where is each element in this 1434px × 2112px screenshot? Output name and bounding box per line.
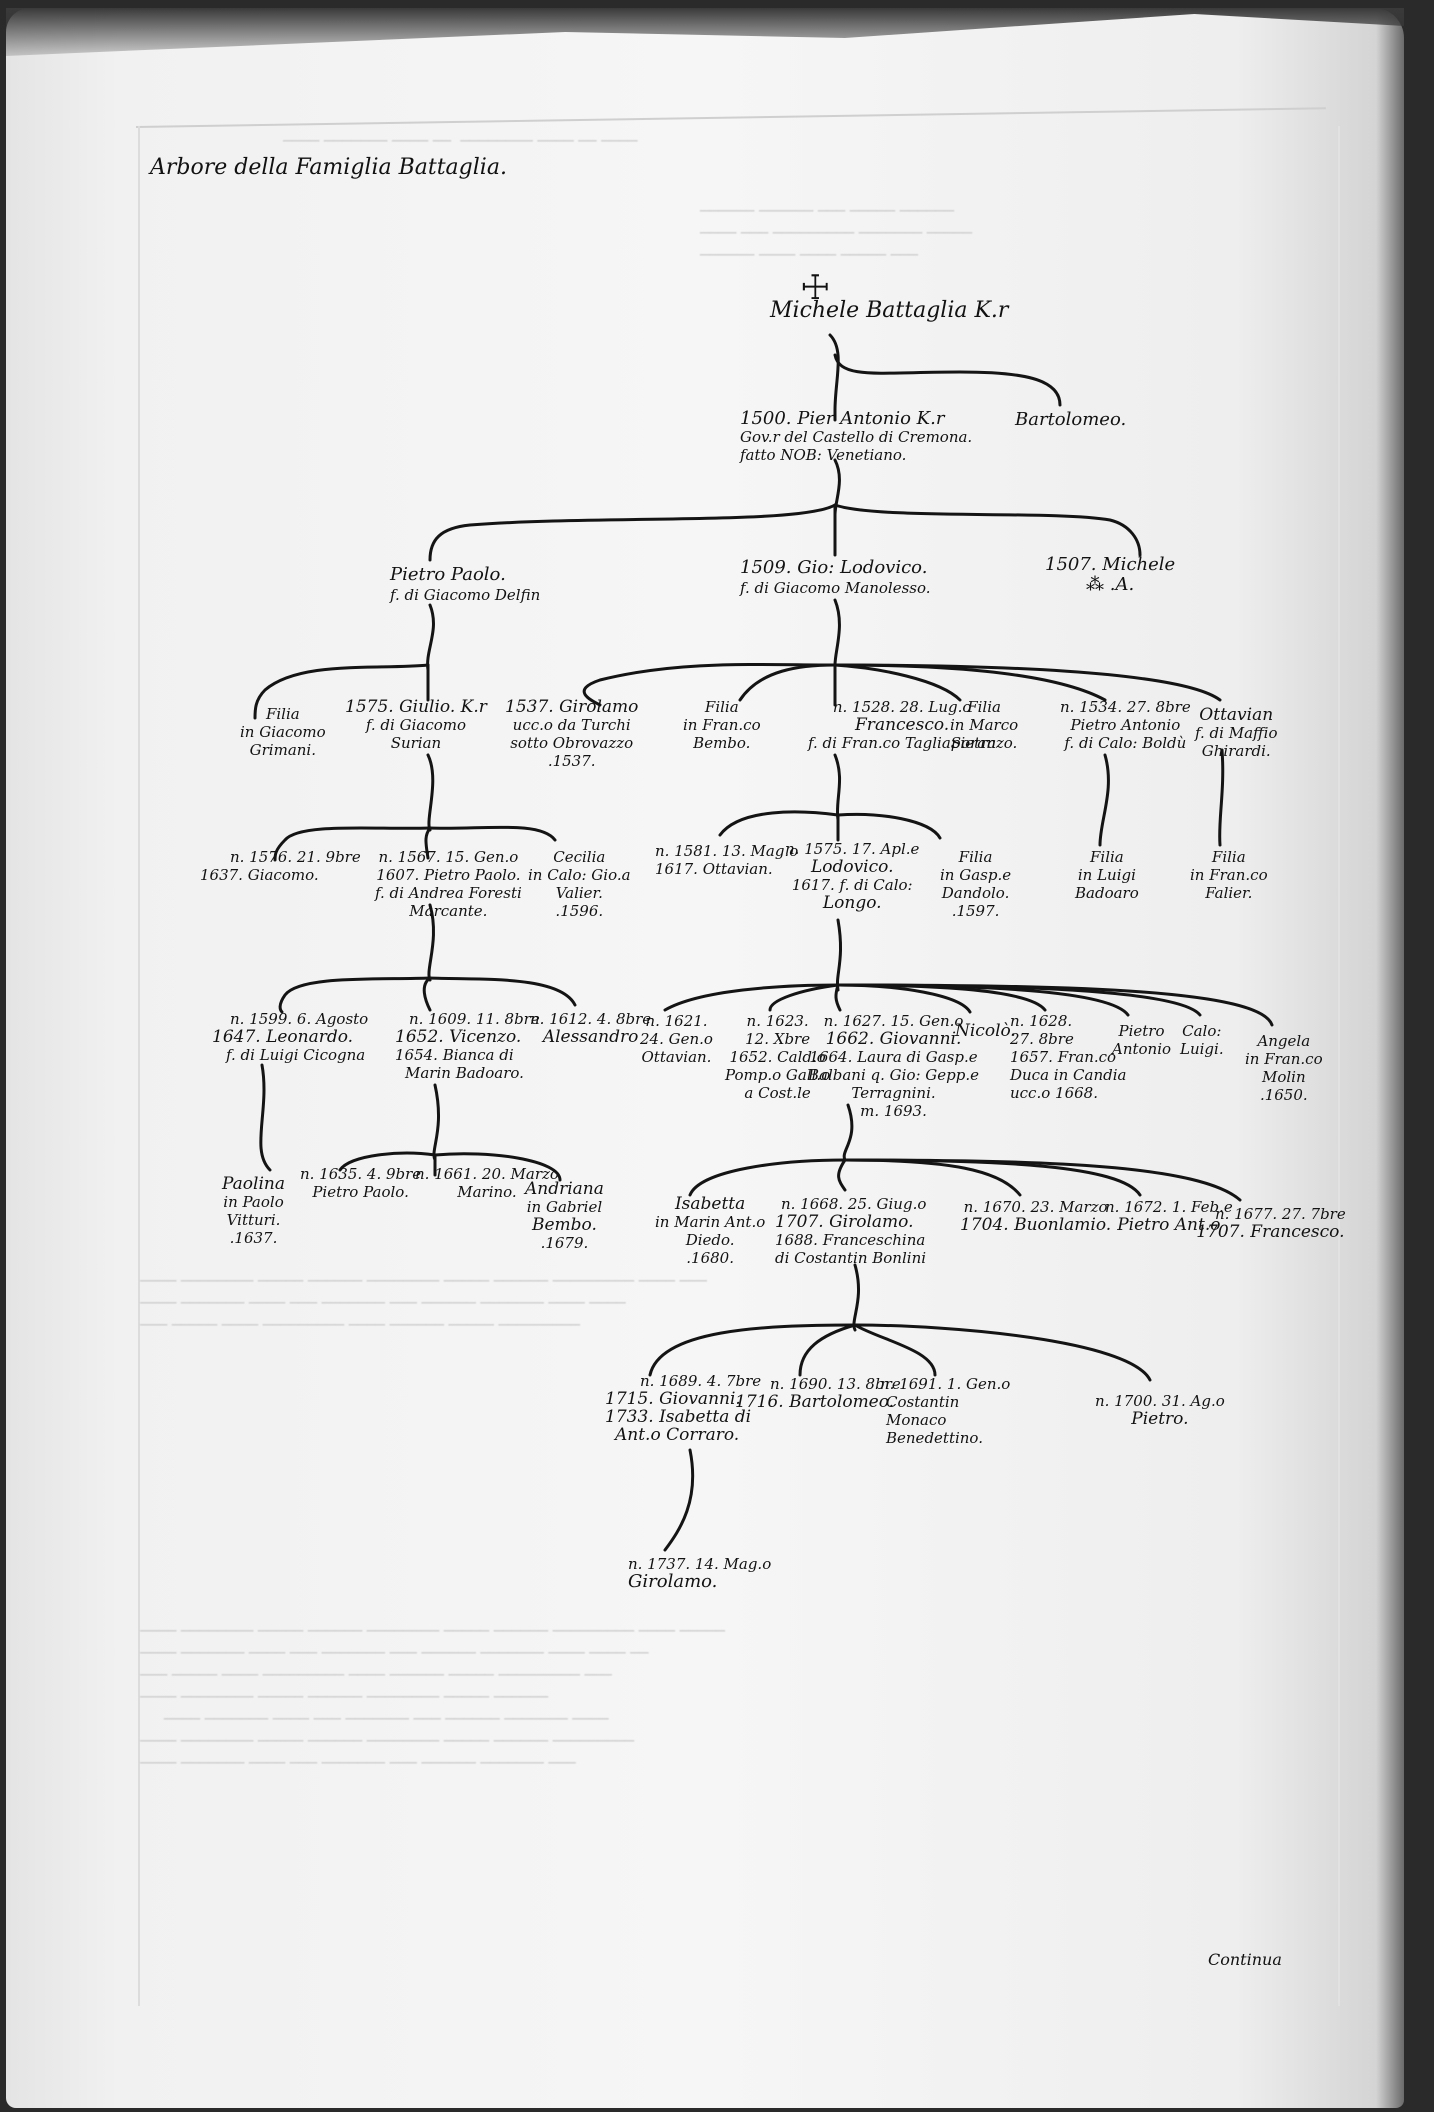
- node-line: Pietro Paolo.: [390, 565, 540, 585]
- tree-node: n. 1609. 11. 8bre 1652. Vicenzo. 1654. B…: [395, 1010, 540, 1082]
- node-line: f. di Giacomo Delfin: [390, 585, 540, 605]
- node-line: Benedettino.: [880, 1429, 1010, 1447]
- node-line: Nicolò.: [955, 1022, 1016, 1040]
- node-line: 27. 8bre: [1010, 1030, 1126, 1048]
- node-line: n. 1621.: [640, 1012, 713, 1030]
- node-line: n. 1668. 25. Giug.o: [775, 1195, 926, 1213]
- node-line: Girolamo.: [628, 1573, 771, 1591]
- node-line: Marcante.: [375, 902, 522, 920]
- tree-node: n. 1668. 25. Giug.o 1707. Girolamo. 1688…: [775, 1195, 926, 1267]
- node-line: 1507. Michele: [1045, 555, 1175, 575]
- node-line: in Marco: [950, 716, 1018, 734]
- node-line: Filia: [240, 705, 326, 723]
- node-line: 1654. Bianca di: [395, 1046, 540, 1064]
- node-line: n. 1567. 15. Gen.o: [375, 848, 522, 866]
- node-line: n. 1575. 17. Apl.e: [785, 840, 919, 858]
- tree-node: Pietro Paolo. f. di Giacomo Delfin: [390, 565, 540, 605]
- node-line: Marin Badoaro.: [395, 1064, 540, 1082]
- node-line: Luigi.: [1180, 1040, 1224, 1058]
- node-line: in Gabriel: [525, 1198, 604, 1216]
- node-line: Longo.: [785, 894, 919, 912]
- tree-node: Filia in Luigi Badoaro: [1075, 848, 1139, 902]
- node-line: 1662. Giovanni.: [808, 1030, 979, 1048]
- node-line: n. 1691. 1. Gen.o: [880, 1375, 1010, 1393]
- tree-node: Bartolomeo.: [1015, 410, 1126, 430]
- node-line: Pietro Antonio: [1060, 716, 1191, 734]
- tree-node: Filia in Fran.co Bembo.: [683, 698, 761, 752]
- node-line: Diedo.: [655, 1231, 765, 1249]
- tree-node: Filia in Giacomo Grimani.: [240, 705, 326, 759]
- node-line: fatto NOB: Venetiano.: [740, 446, 972, 464]
- node-line: Pietro.: [1095, 1410, 1225, 1428]
- node-line: ucc.o 1668.: [1010, 1084, 1126, 1102]
- catchword: Continua: [1208, 1950, 1282, 1969]
- node-line: Falier.: [1190, 884, 1268, 902]
- tree-node: n. 1737. 14. Mag.o Girolamo.: [628, 1555, 771, 1591]
- node-line: in Paolo: [222, 1193, 285, 1211]
- node-line: n. 1612. 4. 8bre: [530, 1010, 651, 1028]
- node-line: .1679.: [525, 1234, 604, 1252]
- node-line: Vitturi.: [222, 1211, 285, 1229]
- tree-node-root: Michele Battaglia K.r: [770, 298, 1008, 324]
- node-line: in Luigi: [1075, 866, 1139, 884]
- tree-node: n. 1575. 17. Apl.e Lodovico. 1617. f. di…: [785, 840, 919, 912]
- node-line: Molin: [1245, 1068, 1323, 1086]
- node-line: .1680.: [655, 1249, 765, 1267]
- node-line: .1537.: [505, 752, 638, 770]
- node-line: Bembo.: [525, 1216, 604, 1234]
- node-line: in Calo: Gio.a: [528, 866, 631, 884]
- node-line: in Giacomo: [240, 723, 326, 741]
- node-line: n. 1576. 21. 9bre: [200, 848, 361, 866]
- node-line: m. 1693.: [808, 1102, 979, 1120]
- node-line: ucc.o da Turchi: [505, 716, 638, 734]
- tree-node: Pietro Antonio: [1112, 1022, 1171, 1058]
- node-line: Badoaro: [1075, 884, 1139, 902]
- node-line: n. 1690. 13. 8bre: [735, 1375, 901, 1393]
- tree-node: n. 1700. 31. Ag.o Pietro.: [1095, 1392, 1225, 1428]
- node-line: f. di Calo: Boldù: [1060, 734, 1191, 752]
- node-line: ⁂ .A.: [1045, 575, 1175, 595]
- node-line: 1509. Gio: Lodovico.: [740, 558, 931, 578]
- node-line: Alessandro: [530, 1028, 651, 1046]
- node-line: n. 1628.: [1010, 1012, 1126, 1030]
- node-line: Pietro: [1112, 1022, 1171, 1040]
- node-line: Surian: [345, 734, 487, 752]
- node-line: 1607. Pietro Paolo.: [375, 866, 522, 884]
- node-line: 1707. Francesco.: [1195, 1223, 1346, 1241]
- tree-node: n. 1612. 4. 8bre Alessandro: [530, 1010, 651, 1046]
- node-line: Costantin: [880, 1393, 1010, 1411]
- node-line: 1500. Pier Antonio K.r: [740, 410, 972, 428]
- node-line: Grimani.: [240, 741, 326, 759]
- node-line: Cecilia: [528, 848, 631, 866]
- node-line: 1707. Girolamo.: [775, 1213, 926, 1231]
- tree-node: 1537. Girolamo ucc.o da Turchi sotto Obr…: [505, 698, 638, 770]
- node-line: .1596.: [528, 902, 631, 920]
- node-line: Ghirardi.: [1195, 742, 1277, 760]
- tree-node: n. 1690. 13. 8bre 1716. Bartolomeo.: [735, 1375, 901, 1411]
- node-line: .1650.: [1245, 1086, 1323, 1104]
- node-line: n. 1627. 15. Gen.o: [808, 1012, 979, 1030]
- tree-node: n. 1621. 24. Gen.o Ottavian.: [640, 1012, 713, 1066]
- node-line: 1657. Fran.co: [1010, 1048, 1126, 1066]
- node-line: Bembo.: [683, 734, 761, 752]
- node-line: Filia: [940, 848, 1011, 866]
- tree-node: n. 1534. 27. 8bre Pietro Antonio f. di C…: [1060, 698, 1191, 752]
- node-line: Balbani q. Gio: Gepp.e: [808, 1066, 979, 1084]
- tree-node: Filia in Gasp.e Dandolo. .1597.: [940, 848, 1011, 920]
- tree-node: Angela in Fran.co Molin .1650.: [1245, 1032, 1323, 1104]
- node-line: 1537. Girolamo: [505, 698, 638, 716]
- tree-node: 1575. Giulio. K.r f. di Giacomo Surian: [345, 698, 487, 752]
- node-line: n. 1670. 23. Marzo: [960, 1198, 1111, 1216]
- node-line: n. 1635. 4. 9bre: [300, 1165, 421, 1183]
- node-line: Terragnini.: [808, 1084, 979, 1102]
- node-line: di Costantin Bonlini: [775, 1249, 926, 1267]
- tree-node: n. 1691. 1. Gen.o Costantin Monaco Bened…: [880, 1375, 1010, 1447]
- tree-node: 1500. Pier Antonio K.r Gov.r del Castell…: [740, 410, 972, 464]
- tree-node: Ottavian f. di Maffio Ghirardi.: [1195, 706, 1277, 760]
- node-line: Ant.o Corraro.: [605, 1426, 761, 1444]
- tree-node: n. 1677. 27. 7bre 1707. Francesco.: [1195, 1205, 1346, 1241]
- tree-node: n. 1670. 23. Marzo 1704. Buonlamio.: [960, 1198, 1111, 1234]
- node-line: Calo:: [1180, 1022, 1224, 1040]
- tree-node: Paolina in Paolo Vitturi. .1637.: [222, 1175, 285, 1247]
- node-line: Paolina: [222, 1175, 285, 1193]
- node-line: Filia: [1075, 848, 1139, 866]
- node-line: Michele Battaglia K.r: [770, 298, 1008, 324]
- node-line: n. 1534. 27. 8bre: [1060, 698, 1191, 716]
- tree-node: Calo: Luigi.: [1180, 1022, 1224, 1058]
- node-line: in Gasp.e: [940, 866, 1011, 884]
- node-line: Lodovico.: [785, 858, 919, 876]
- node-line: Gov.r del Castello di Cremona.: [740, 428, 972, 446]
- node-line: in Marin Ant.o: [655, 1213, 765, 1231]
- node-line: 1688. Franceschina: [775, 1231, 926, 1249]
- node-line: f. di Giacomo: [345, 716, 487, 734]
- node-line: Ottavian.: [640, 1048, 713, 1066]
- tree-node: n. 1567. 15. Gen.o 1607. Pietro Paolo. f…: [375, 848, 522, 920]
- node-line: in Fran.co: [1245, 1050, 1323, 1068]
- node-line: n. 1677. 27. 7bre: [1195, 1205, 1346, 1223]
- node-line: 1652. Vicenzo.: [395, 1028, 540, 1046]
- tree-node: 1509. Gio: Lodovico. f. di Giacomo Manol…: [740, 558, 931, 598]
- node-line: 1575. Giulio. K.r: [345, 698, 487, 716]
- node-line: Duca in Candia: [1010, 1066, 1126, 1084]
- tree-node: n. 1599. 6. Agosto 1647. Leonardo. f. di…: [212, 1010, 368, 1064]
- tree-node: n. 1627. 15. Gen.o 1662. Giovanni. 1664.…: [808, 1012, 979, 1120]
- node-line: Monaco: [880, 1411, 1010, 1429]
- node-line: Pietro Paolo.: [300, 1183, 421, 1201]
- node-line: in Fran.co: [683, 716, 761, 734]
- node-line: 1647. Leonardo.: [212, 1028, 368, 1046]
- node-line: sotto Obrovazzo: [505, 734, 638, 752]
- node-line: Isabetta: [655, 1195, 765, 1213]
- node-line: 1704. Buonlamio.: [960, 1216, 1111, 1234]
- tree-node: 1507. Michele ⁂ .A.: [1045, 555, 1175, 595]
- node-line: in Fran.co: [1190, 866, 1268, 884]
- node-line: 1716. Bartolomeo.: [735, 1393, 901, 1411]
- node-line: Angela: [1245, 1032, 1323, 1050]
- tree-node: n. 1635. 4. 9bre Pietro Paolo.: [300, 1165, 421, 1201]
- tree-node: n. 1628. 27. 8bre 1657. Fran.co Duca in …: [1010, 1012, 1126, 1102]
- node-line: .1637.: [222, 1229, 285, 1247]
- tree-node: Nicolò.: [955, 1022, 1016, 1040]
- node-line: f. di Giacomo Manolesso.: [740, 578, 931, 598]
- node-line: Dandolo.: [940, 884, 1011, 902]
- node-line: Filia: [683, 698, 761, 716]
- tree-node: Andriana in Gabriel Bembo. .1679.: [525, 1180, 604, 1252]
- node-line: n. 1609. 11. 8bre: [395, 1010, 540, 1028]
- node-line: n. 1581. 13. Mag.o: [655, 842, 798, 860]
- node-line: Bartolomeo.: [1015, 410, 1126, 430]
- node-line: n. 1599. 6. Agosto: [212, 1010, 368, 1028]
- tree-node: Cecilia in Calo: Gio.a Valier. .1596.: [528, 848, 631, 920]
- tree-node: n. 1576. 21. 9bre 1637. Giacomo.: [200, 848, 361, 884]
- node-line: .1597.: [940, 902, 1011, 920]
- node-line: Ottavian: [1195, 706, 1277, 724]
- node-line: Soranzo.: [950, 734, 1018, 752]
- node-line: 1637. Giacomo.: [200, 866, 361, 884]
- node-line: f. di Maffio: [1195, 724, 1277, 742]
- node-line: Filia: [950, 698, 1018, 716]
- node-line: 1617. Ottavian.: [655, 860, 798, 878]
- node-line: Valier.: [528, 884, 631, 902]
- tree-node: n. 1581. 13. Mag.o 1617. Ottavian.: [655, 842, 798, 878]
- node-line: 1664. Laura di Gasp.e: [808, 1048, 979, 1066]
- tree-node: Isabetta in Marin Ant.o Diedo. .1680.: [655, 1195, 765, 1267]
- tree-node: Filia in Marco Soranzo.: [950, 698, 1018, 752]
- node-line: f. di Luigi Cicogna: [212, 1046, 368, 1064]
- node-line: n. 1700. 31. Ag.o: [1095, 1392, 1225, 1410]
- node-line: Andriana: [525, 1180, 604, 1198]
- node-line: 24. Gen.o: [640, 1030, 713, 1048]
- tree-node: Filia in Fran.co Falier.: [1190, 848, 1268, 902]
- node-line: Antonio: [1112, 1040, 1171, 1058]
- node-line: Filia: [1190, 848, 1268, 866]
- node-line: 1617. f. di Calo:: [785, 876, 919, 894]
- node-line: f. di Andrea Foresti: [375, 884, 522, 902]
